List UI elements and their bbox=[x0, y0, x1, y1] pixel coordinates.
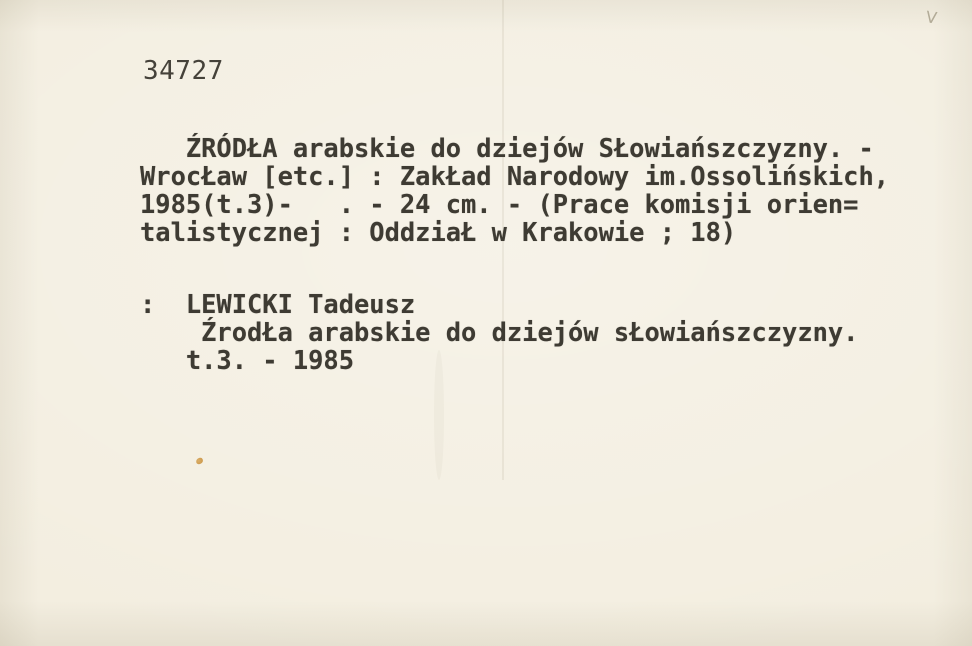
description-line: talistycznej : OddziaŁ w Krakowie ; 18) bbox=[140, 218, 889, 246]
pencil-check-mark: V bbox=[925, 7, 938, 27]
description-line: 1985(t.3)- . - 24 cm. - (Prace komisji o… bbox=[140, 190, 889, 218]
added-entry: : LEWICKI Tadeusz ŹrodŁa arabskie do dzi… bbox=[140, 290, 858, 374]
description-line: WrocŁaw [etc.] : ZakŁad Narodowy im.Osso… bbox=[140, 162, 889, 190]
call-number: 34727 bbox=[143, 56, 224, 86]
description-line: ŹRÓDŁA arabskie do dziejów SŁowiańszczyz… bbox=[140, 134, 889, 162]
bibliographic-description: ŹRÓDŁA arabskie do dziejów SŁowiańszczyz… bbox=[140, 134, 889, 246]
catalog-card: 34727 V ŹRÓDŁA arabskie do dziejów SŁowi… bbox=[0, 0, 972, 646]
added-entry-line: ŹrodŁa arabskie do dziejów sŁowiańszczyz… bbox=[140, 318, 858, 346]
added-entry-line: t.3. - 1985 bbox=[140, 346, 858, 374]
added-entry-line: : LEWICKI Tadeusz bbox=[140, 290, 858, 318]
paper-speck bbox=[195, 457, 204, 465]
